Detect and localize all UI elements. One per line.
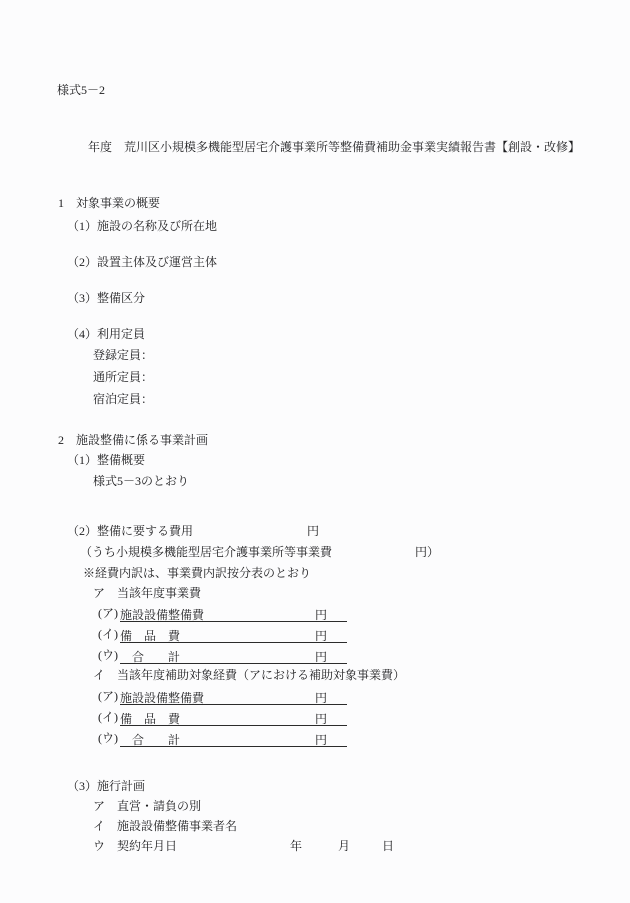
fee-row-a2-yen-unit: 円 xyxy=(315,627,327,644)
fee-row-a2-label: (イ) xyxy=(98,627,118,642)
fee-row-a1-yen-unit: 円 xyxy=(315,606,327,623)
fee-row-a3-yen-unit: 円 xyxy=(315,648,327,665)
fee-row-b1-yen-unit: 円 xyxy=(315,689,327,706)
fee-row-a3-item: 合 計 xyxy=(120,648,180,665)
sub-cost-line: （うち小規模多機能型居宅介護事業所等事業費 円） xyxy=(0,545,630,562)
fee-row-b1-underline-field: 施設設備整備費 円 xyxy=(120,689,347,705)
fee-row-b2-item: 備 品 費 xyxy=(120,710,180,727)
fee-row-b1: (ア) 施設設備整備費 円 xyxy=(0,689,630,706)
capacity-commuting-label: 通所定員： xyxy=(93,370,153,385)
section-1-heading: 1 対象事業の概要 xyxy=(58,196,160,211)
fee-row-a1-label: (ア) xyxy=(98,606,118,621)
maintenance-category-label: （3）整備区分 xyxy=(67,291,145,306)
fee-row-b2-yen-unit: 円 xyxy=(315,710,327,727)
contract-date-line: ウ 契約年月日 年 月 日 xyxy=(0,839,630,856)
total-cost-yen-unit: 円 xyxy=(307,524,319,539)
construction-plan-label: （3）施行計画 xyxy=(67,779,145,794)
fee-row-a1: (ア) 施設設備整備費 円 xyxy=(0,606,630,623)
fee-row-b3: (ウ) 合 計 円 xyxy=(0,731,630,748)
fee-row-b1-item: 施設設備整備費 xyxy=(120,689,204,706)
form-number: 様式5－2 xyxy=(57,83,105,98)
fee-row-b2-underline-field: 備 品 費 円 xyxy=(120,710,347,726)
contract-date-day-label: 日 xyxy=(382,839,394,854)
contract-date-year-label: 年 xyxy=(290,839,302,854)
operator-label: （2）設置主体及び運営主体 xyxy=(67,255,217,270)
fee-row-a2-item: 備 品 費 xyxy=(120,627,180,644)
capacity-label: （4）利用定員 xyxy=(67,327,145,342)
contract-date-label: ウ 契約年月日 xyxy=(93,839,177,854)
total-cost-label: （2）整備に要する費用 xyxy=(67,524,193,539)
facility-name-label: （1）施設の名称及び所在地 xyxy=(67,219,217,234)
fee-row-b3-yen-unit: 円 xyxy=(315,731,327,748)
capacity-lodging-label: 宿泊定員： xyxy=(93,392,153,407)
fee-row-b1-label: (ア) xyxy=(98,689,118,704)
fee-row-a2-underline-field: 備 品 費 円 xyxy=(120,627,347,643)
group-b-heading: イ 当該年度補助対象経費（アにおける補助対象事業費） xyxy=(93,668,405,683)
fee-row-a1-item: 施設設備整備費 xyxy=(120,606,204,623)
fee-row-b2-label: (イ) xyxy=(98,710,118,725)
fee-row-a3: (ウ) 合 計 円 xyxy=(0,648,630,665)
fee-row-a3-label: (ウ) xyxy=(98,648,118,663)
capacity-registered-label: 登録定員： xyxy=(93,348,153,363)
fee-row-a3-underline-field: 合 計 円 xyxy=(120,648,347,664)
fee-row-b3-item: 合 計 xyxy=(120,731,180,748)
fee-row-b3-label: (ウ) xyxy=(98,731,118,746)
fee-row-a1-underline-field: 施設設備整備費 円 xyxy=(120,606,347,622)
group-a-heading: ア 当該年度事業費 xyxy=(93,586,201,601)
maintenance-overview-value: 様式5－3のとおり xyxy=(93,474,189,489)
maintenance-overview-label: （1）整備概要 xyxy=(67,453,145,468)
section-2-heading: 2 施設整備に係る事業計画 xyxy=(58,433,208,448)
fee-row-b3-underline-field: 合 計 円 xyxy=(120,731,347,747)
contract-date-month-label: 月 xyxy=(338,839,350,854)
cost-breakdown-note: ※経費内訳は、事業費内訳按分表のとおり xyxy=(83,566,311,581)
fee-row-a2: (イ) 備 品 費 円 xyxy=(0,627,630,644)
total-cost-line: （2）整備に要する費用 円 xyxy=(0,524,630,541)
fee-row-b2: (イ) 備 品 費 円 xyxy=(0,710,630,727)
sub-cost-yen-unit: 円） xyxy=(415,545,439,560)
contractor-name-label: イ 施設設備整備事業者名 xyxy=(93,819,237,834)
document-page: 様式5－2 年度 荒川区小規模多機能型居宅介護事業所等整備費補助金事業実績報告書… xyxy=(0,0,630,903)
document-title: 年度 荒川区小規模多機能型居宅介護事業所等整備費補助金事業実績報告書【創設・改修… xyxy=(88,140,580,155)
sub-cost-label: （うち小規模多機能型居宅介護事業所等事業費 xyxy=(80,545,332,560)
direct-or-contract-label: ア 直営・請負の別 xyxy=(93,799,201,814)
